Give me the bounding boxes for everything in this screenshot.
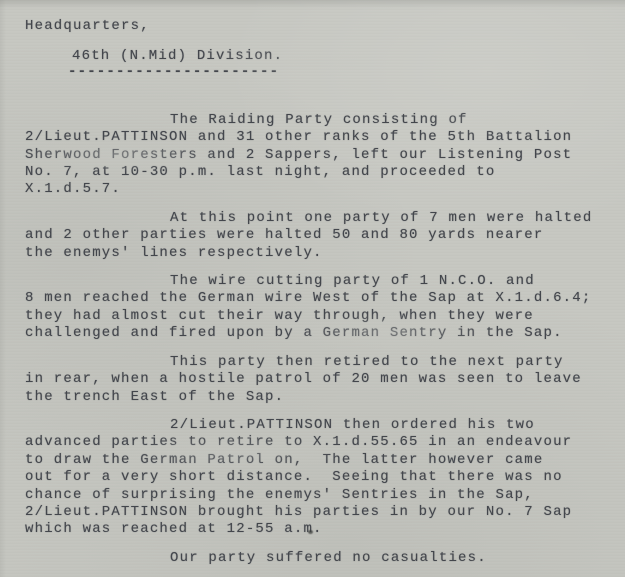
text-line: X.1.d.5.7. xyxy=(25,181,617,198)
paragraph-casualties: Our party suffered no casualties. xyxy=(25,550,617,567)
text-line: 8 men reached the German wire West of th… xyxy=(25,290,617,307)
text-line: 2/Lieut.PATTINSON and 31 other ranks of … xyxy=(25,129,617,146)
text-line: they had almost cut their way through, w… xyxy=(25,308,617,325)
text-line: The Raiding Party consisting of xyxy=(25,112,617,129)
text-line: This party then retired to the next part… xyxy=(25,354,617,371)
typewritten-text-layer: Headquarters, 46th (N.Mid) Division. ---… xyxy=(25,18,617,577)
paper-speck xyxy=(308,530,313,534)
paragraph-retired: This party then retired to the next part… xyxy=(25,354,617,406)
paragraph-raiding-party: The Raiding Party consisting of 2/Lieut.… xyxy=(25,112,617,199)
report-body: The Raiding Party consisting of 2/Lieut.… xyxy=(25,112,617,567)
text-line: Sherwood Foresters and 2 Sappers, left o… xyxy=(25,147,617,164)
text-line: advanced parties to retire to X.1.d.55.6… xyxy=(25,434,617,451)
header-underline-rule: ---------------------- xyxy=(68,66,617,79)
text-line: which was reached at 12-55 a.m. xyxy=(25,521,617,538)
scanned-document-page: Headquarters, 46th (N.Mid) Division. ---… xyxy=(0,0,625,577)
text-line: out for a very short distance. Seeing th… xyxy=(25,469,617,486)
text-line: chance of surprising the enemys' Sentrie… xyxy=(25,487,617,504)
header-org: Headquarters, xyxy=(25,18,617,35)
text-line: in rear, when a hostile patrol of 20 men… xyxy=(25,371,617,388)
paragraph-withdrawal: 2/Lieut.PATTINSON then ordered his two a… xyxy=(25,417,617,539)
text-line: The wire cutting party of 1 N.C.O. and xyxy=(25,273,617,290)
text-line: At this point one party of 7 men were ha… xyxy=(25,210,617,227)
text-line: challenged and fired upon by a German Se… xyxy=(25,325,617,342)
text-line: the enemys' lines respectively. xyxy=(25,245,617,262)
text-line: 2/Lieut.PATTINSON then ordered his two xyxy=(25,417,617,434)
text-line: the trench East of the Sap. xyxy=(25,389,617,406)
text-line: to draw the German Patrol on, The latter… xyxy=(25,452,617,469)
text-line: and 2 other parties were halted 50 and 8… xyxy=(25,227,617,244)
paragraph-halted-parties: At this point one party of 7 men were ha… xyxy=(25,210,617,262)
text-line: Our party suffered no casualties. xyxy=(25,550,617,567)
paragraph-wire-cutting: The wire cutting party of 1 N.C.O. and 8… xyxy=(25,273,617,343)
text-line: No. 7, at 10-30 p.m. last night, and pro… xyxy=(25,164,617,181)
text-line: 2/Lieut.PATTINSON brought his parties in… xyxy=(25,504,617,521)
